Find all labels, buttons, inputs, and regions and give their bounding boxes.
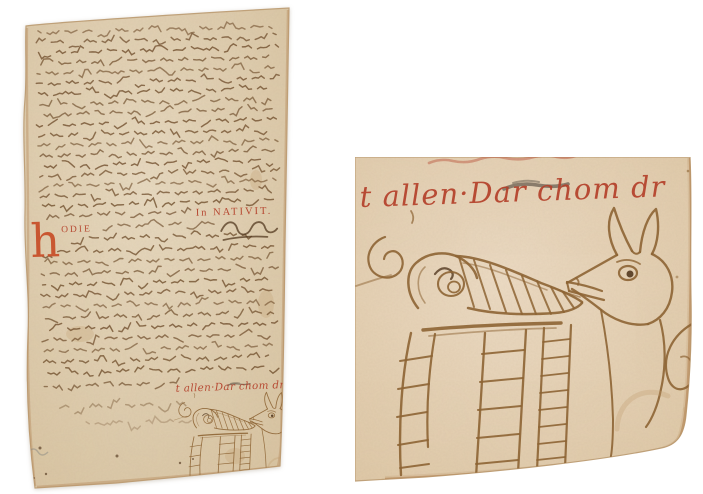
- ink-speck: [192, 458, 194, 460]
- manger-rung: [190, 484, 200, 485]
- ladder-rung: [239, 475, 249, 476]
- ink-speck: [292, 379, 293, 380]
- stain-arc: [281, 464, 292, 480]
- ink-speck: [116, 455, 119, 458]
- ink-speck: [676, 276, 679, 279]
- manuscript-detail-photo: t allen·Dar chom dr: [355, 157, 697, 489]
- initial-h: h: [30, 213, 61, 268]
- donkey-leg-curl: [285, 434, 295, 457]
- ink-speck: [45, 473, 47, 475]
- parchment-stain: [225, 448, 245, 464]
- ladder-rung: [239, 481, 249, 482]
- ink-speck: [179, 462, 181, 464]
- ink-speck: [39, 447, 42, 450]
- rubric-in-nativit: In NATIVIT.: [196, 206, 273, 219]
- figure-canvas: In NATIVIT.hODIEt allen·Dar chom dr t al…: [0, 0, 703, 494]
- manuscript-page-photo: In NATIVIT.hODIEt allen·Dar chom dr: [20, 4, 295, 492]
- donkey-pupil: [627, 271, 634, 278]
- ink-speck: [687, 170, 690, 173]
- ink-speck: [288, 416, 289, 417]
- incipit-odie: ODIE: [61, 224, 92, 235]
- ladder-rung: [217, 482, 232, 483]
- donkey-pupil: [271, 415, 273, 417]
- donkey-leg-curl-inner: [290, 445, 294, 450]
